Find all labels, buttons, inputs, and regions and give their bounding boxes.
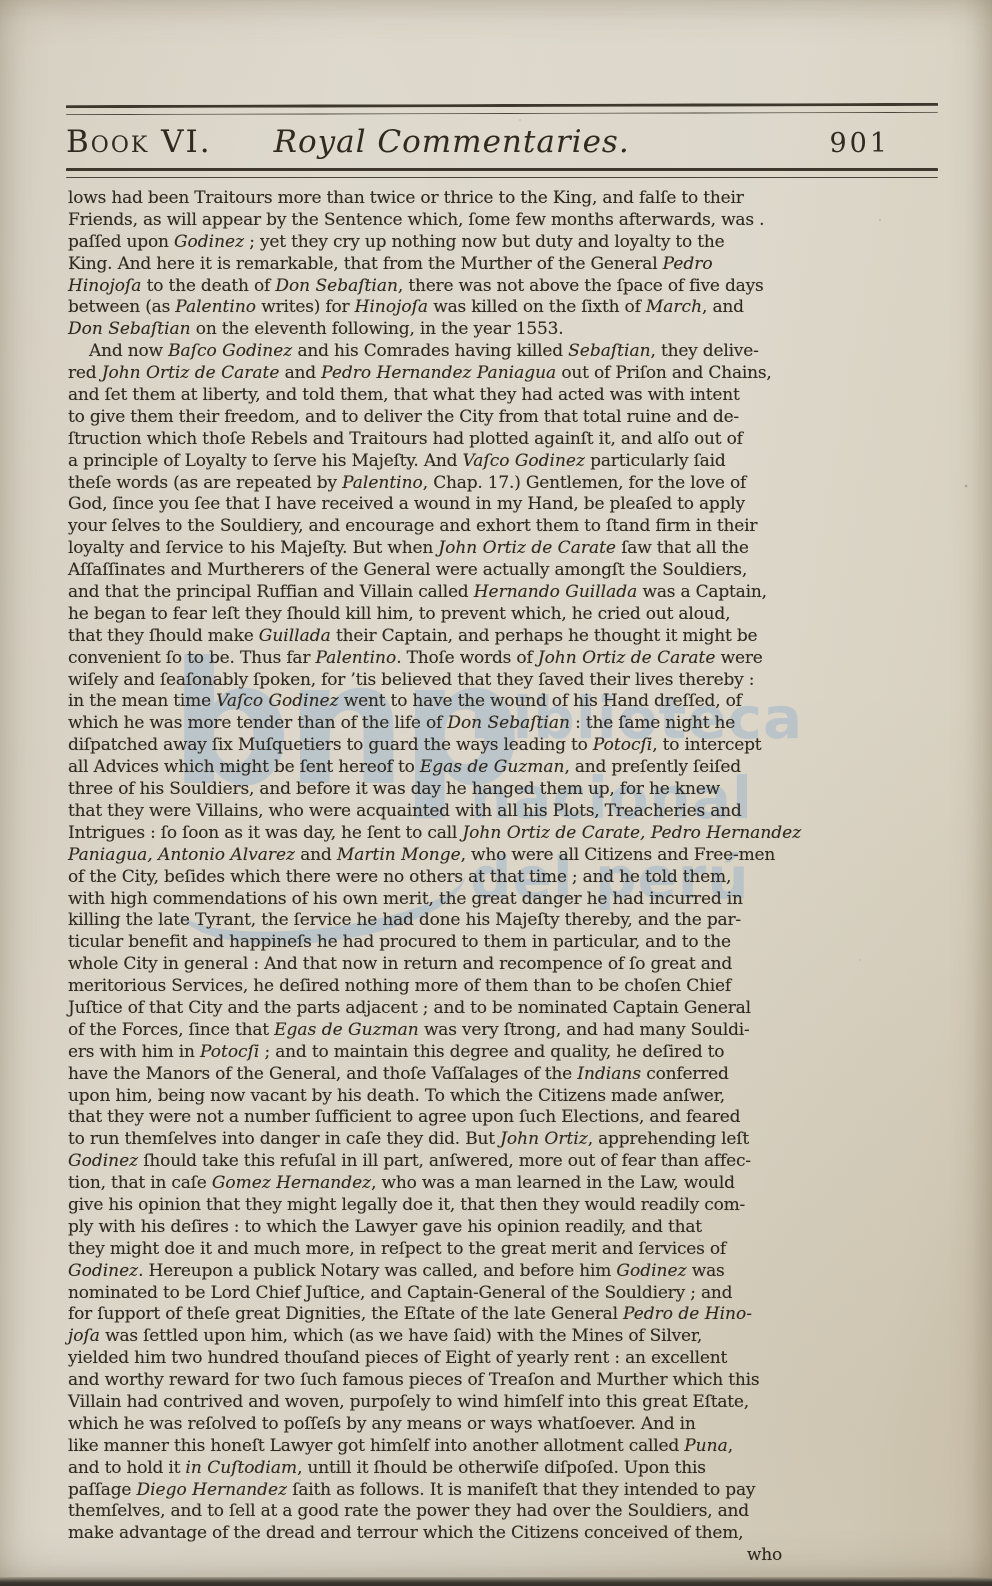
- text-line: Hinojoſa to the death of Don Sebaſtian, …: [68, 276, 920, 298]
- body-text-block: lows had been Traitours more than twice …: [68, 188, 920, 1567]
- text-line: nominated to be Lord Chief Juſtice, and …: [68, 1283, 920, 1305]
- text-line: Paniagua, Antonio Alvarez and Martin Mon…: [68, 845, 920, 867]
- header-bottom-rule: [66, 168, 938, 178]
- text-line: ers with him in Potocſi ; and to maintai…: [68, 1042, 920, 1064]
- text-line: Villain had contrived and woven, purpoſe…: [68, 1392, 920, 1414]
- catchword: who: [68, 1545, 920, 1567]
- text-line: they might doe it and much more, in reſp…: [68, 1239, 920, 1261]
- text-line: for ſupport of theſe great Dignities, th…: [68, 1304, 920, 1326]
- text-line: like manner this honeſt Lawyer got himſe…: [68, 1436, 920, 1458]
- text-line: three of his Souldiers, and before it wa…: [68, 779, 920, 801]
- text-line: upon him, being now vacant by his death.…: [68, 1086, 920, 1108]
- scanned-book-page: bnp biblioteca nacional del perú Book VI…: [0, 0, 992, 1586]
- text-line: Juſtice of that City and the parts adjac…: [68, 998, 920, 1020]
- text-line: with high commendations of his own merit…: [68, 889, 920, 911]
- text-line: make advantage of the dread and terrour …: [68, 1523, 920, 1545]
- page-header: Book VI. Royal Commentaries. 901: [66, 104, 938, 178]
- page-number: 901: [829, 128, 890, 159]
- text-line: ply with his deſires : to which the Lawy…: [68, 1217, 920, 1239]
- book-label: Book VI.: [66, 124, 212, 160]
- text-line: to give them their freedom, and to deliv…: [68, 407, 920, 429]
- text-line: God, ſince you ſee that I have received …: [68, 494, 920, 516]
- text-line: Don Sebaſtian on the eleventh following,…: [68, 319, 920, 341]
- text-line: all Advices which might be ſent hereof t…: [68, 757, 920, 779]
- text-line: tion, that in caſe Gomez Hernandez, who …: [68, 1173, 920, 1195]
- text-line: between (as Palentino writes) for Hinojo…: [68, 297, 920, 319]
- text-line: Godinez. Hereupon a publick Notary was c…: [68, 1261, 920, 1283]
- text-line: of the Forces, ſince that Egas de Guzman…: [68, 1020, 920, 1042]
- text-line: which he was more tender than of the lif…: [68, 713, 920, 735]
- text-line: Godinez ſhould take this refuſal in ill …: [68, 1151, 920, 1173]
- scan-bottom-edge: [0, 1577, 992, 1586]
- text-line: which he was reſolved to poſſeſs by any …: [68, 1414, 920, 1436]
- text-line: he began to fear leſt they ſhould kill h…: [68, 604, 920, 626]
- text-line: and that the principal Ruffian and Villa…: [68, 582, 920, 604]
- text-line: killing the late Tyrant, the ſervice he …: [68, 910, 920, 932]
- text-line: paſſage Diego Hernandez ſaith as follows…: [68, 1480, 920, 1502]
- text-line: wiſely and ſeaſonably ſpoken, for ’tis b…: [68, 670, 920, 692]
- text-line: joſa was ſettled upon him, which (as we …: [68, 1326, 920, 1348]
- text-line: whole City in general : And that now in …: [68, 954, 920, 976]
- text-line: Friends, as will appear by the Sentence …: [68, 210, 920, 232]
- text-line: that they ſhould make Guillada their Cap…: [68, 626, 920, 648]
- text-line: and worthy reward for two ſuch famous pi…: [68, 1370, 920, 1392]
- text-line: your ſelves to the Souldiery, and encour…: [68, 516, 920, 538]
- text-line: convenient ſo to be. Thus far Palentino.…: [68, 648, 920, 670]
- text-line: give his opinion that they might legally…: [68, 1195, 920, 1217]
- text-line: a principle of Loyalty to ſerve his Maje…: [68, 451, 920, 473]
- text-line: red John Ortiz de Carate and Pedro Herna…: [68, 363, 920, 385]
- text-line: And now Baſco Godinez and his Comrades h…: [68, 341, 920, 363]
- running-head-row: Book VI. Royal Commentaries. 901: [66, 114, 938, 168]
- text-line: of the City, beſides which there were no…: [68, 867, 920, 889]
- text-line: that they were Villains, who were acquai…: [68, 801, 920, 823]
- text-line: theſe words (as are repeated by Palentin…: [68, 473, 920, 495]
- text-line: yielded him two hundred thouſand pieces …: [68, 1348, 920, 1370]
- text-line: Aſſaſſinates and Murtherers of the Gener…: [68, 560, 920, 582]
- text-line: have the Manors of the General, and thoſ…: [68, 1064, 920, 1086]
- text-line: lows had been Traitours more than twice …: [68, 188, 920, 210]
- text-line: meritorious Services, he deſired nothing…: [68, 976, 920, 998]
- text-line: and to hold it in Cuſtodiam, untill it ſ…: [68, 1458, 920, 1480]
- text-line: ſtruction which thoſe Rebels and Traitou…: [68, 429, 920, 451]
- text-line: loyalty and ſervice to his Majeſty. But …: [68, 538, 920, 560]
- text-line: King. And here it is remarkable, that fr…: [68, 254, 920, 276]
- text-line: themſelves, and to ſell at a good rate t…: [68, 1501, 920, 1523]
- text-line: paſſed upon Godinez ; yet they cry up no…: [68, 232, 920, 254]
- text-line: diſpatched away ſix Muſquetiers to guard…: [68, 735, 920, 757]
- text-line: and ſet them at liberty, and told them, …: [68, 385, 920, 407]
- text-line: Intrigues : ſo ſoon as it was day, he ſe…: [68, 823, 920, 845]
- text-line: to run themſelves into danger in caſe th…: [68, 1129, 920, 1151]
- text-line: ticular benefit and happineſs he had pro…: [68, 932, 920, 954]
- text-line: that they were not a number ſufficient t…: [68, 1107, 920, 1129]
- text-line: in the mean time Vaſco Godinez went to h…: [68, 691, 920, 713]
- running-title: Royal Commentaries.: [274, 124, 630, 160]
- body-lines: lows had been Traitours more than twice …: [68, 188, 920, 1545]
